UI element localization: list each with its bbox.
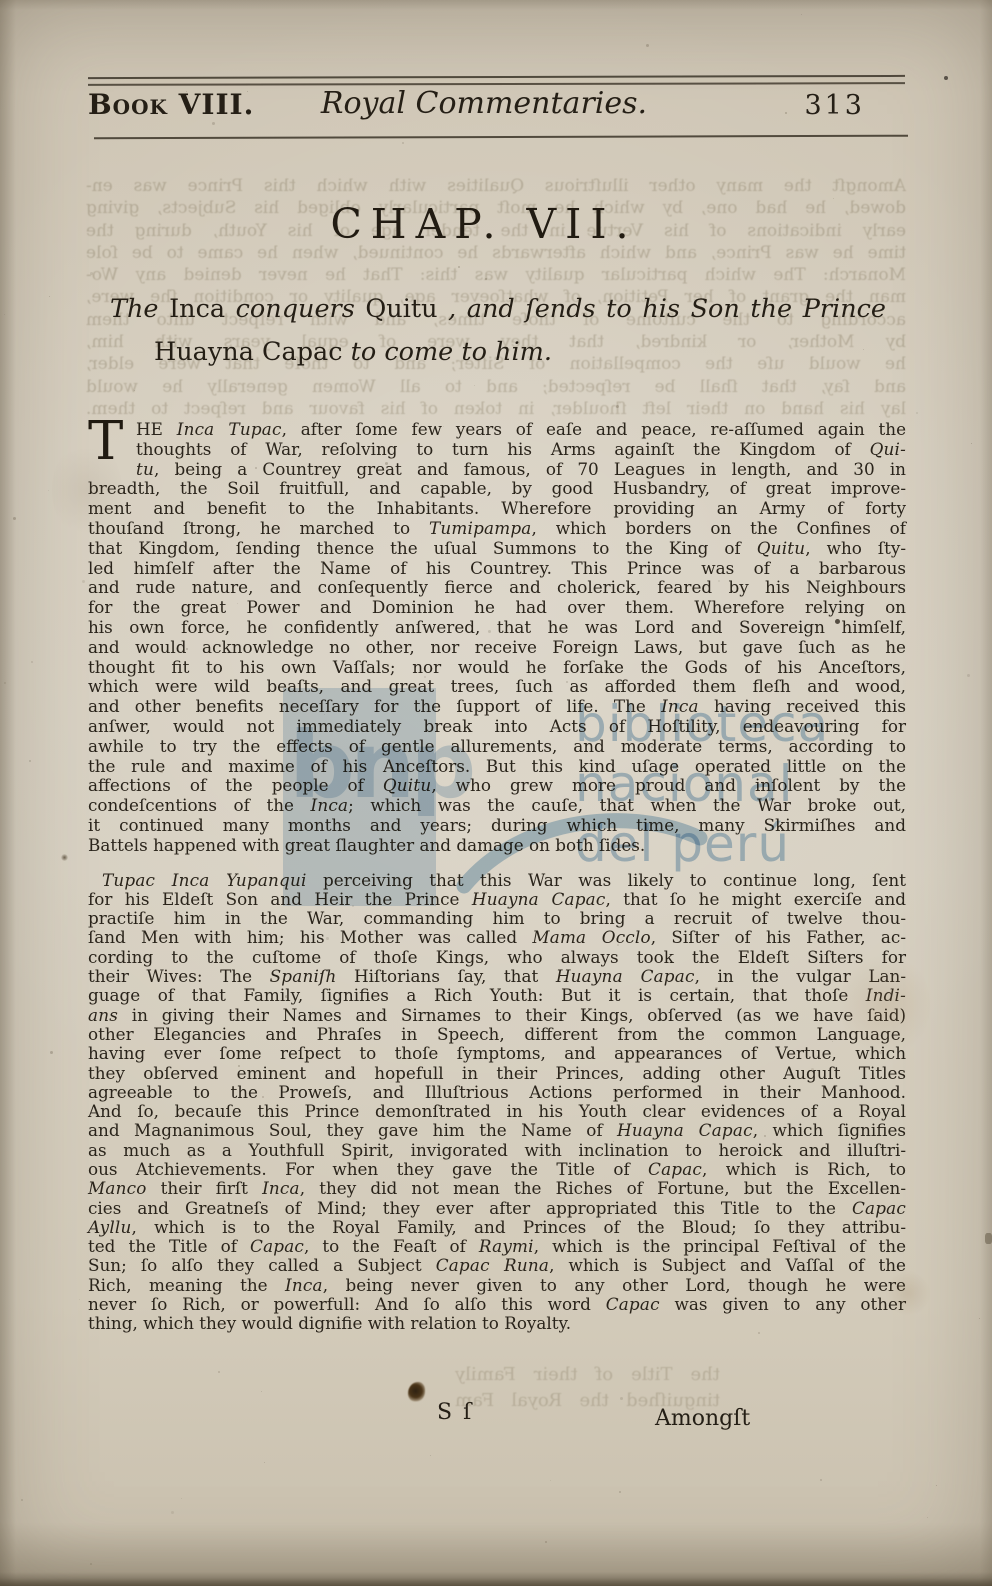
text-line: and ſay, that ſhall be reſpected; and to… <box>86 376 906 398</box>
page-edge-top <box>0 0 992 10</box>
text-line: for his Eldeſt Son and Heir the Prince H… <box>88 890 906 909</box>
text-line: as much as a Youthfull Spirit, invigorat… <box>88 1141 906 1160</box>
ink-blot <box>408 1382 425 1402</box>
chapter-heading: CHAP. VII. <box>88 200 906 248</box>
paragraph-2: Tupac Inca Yupanqui perceiving that this… <box>88 871 906 1334</box>
text-line: it continued many months and years; duri… <box>88 816 906 836</box>
text-line: Amongſt the many other illuſtrious Quali… <box>86 175 906 197</box>
header-rule-top-2 <box>88 82 905 85</box>
book-page: Amongſt the many other illuſtrious Quali… <box>0 0 992 1586</box>
paragraph-1: THE Inca Tupac, after ſome few years of … <box>88 420 906 856</box>
page-number: 313 <box>804 90 865 121</box>
bleedthrough-bottom: the Title of their Familytinguiſhed the … <box>455 1362 720 1414</box>
text-line: other Elegancies and Phraſes in Speech, … <box>88 1025 906 1044</box>
text-line: and would acknowledge no other, nor rece… <box>88 638 906 658</box>
text-line: And ſo, becauſe this Prince demonſtrated… <box>88 1102 906 1121</box>
page-edge-left <box>0 0 16 1586</box>
text-line: Manco their firſt Inca, they did not mea… <box>88 1179 906 1198</box>
drop-cap: T <box>88 421 128 461</box>
text-line: the rule and maxime of his Anceſtors. Bu… <box>88 757 906 777</box>
text-line: their Wives: The Spaniſh Hiſtorians ſay,… <box>88 967 906 986</box>
text-line: guage of that Family, ſignifies a Rich Y… <box>88 986 906 1005</box>
text-line: Ayllu, which is to the Royal Family, and… <box>88 1218 906 1237</box>
text-line: Tupac Inca Yupanqui perceiving that this… <box>88 871 906 890</box>
text-line: awhile to try the effects of gentle allu… <box>88 737 906 757</box>
text-line: having ever ſome reſpect to thoſe ſympto… <box>88 1044 906 1063</box>
text-line: they obſerved eminent and hopefull in th… <box>88 1064 906 1083</box>
text-line: tu, being a Countrey great and famous, o… <box>88 460 906 480</box>
page-edge-right <box>980 0 992 1586</box>
text-line: the Title of their Family <box>455 1362 720 1388</box>
text-line: and rude nature, and conſequently fierce… <box>88 578 906 598</box>
text-line: led himſelf after the Name of his Countr… <box>88 559 906 579</box>
text-line: practiſe him in the War, commanding him … <box>88 909 906 928</box>
text-line: Battels happened with great ſlaughter an… <box>88 836 906 856</box>
text-line: and Magnanimous Soul, they gave him the … <box>88 1121 906 1140</box>
text-line: cording to the cuſtome of thoſe Kings, w… <box>88 948 906 967</box>
text-line: cies and Greatneſs of Mind; they ever af… <box>88 1199 906 1218</box>
text-line: affections of the people of Quitu, who g… <box>88 776 906 796</box>
text-line: ſand Men with him; his Mother was called… <box>88 928 906 947</box>
text-line: agreeable to the Proweſs, and Illuſtriou… <box>88 1083 906 1102</box>
text-line: breadth, the Soil fruitfull, and capable… <box>88 479 906 499</box>
text-line: Huayna Capac to come to him. <box>110 331 886 374</box>
text-line: thouſand ſtrong, he marched to Tumipampa… <box>88 519 906 539</box>
text-line: Sun; ſo alſo they called a Subject Capac… <box>88 1256 906 1275</box>
text-line: for the great Power and Dominion he had … <box>88 598 906 618</box>
header-rule-top-1 <box>88 75 905 79</box>
text-line: that Kingdom, ſending thence the uſual S… <box>88 539 906 559</box>
text-line: thing, which they would dignifie with re… <box>88 1314 906 1333</box>
text-line: condeſcentions of the Inca; which was th… <box>88 796 906 816</box>
text-line: Rich, meaning the Inca, being never give… <box>88 1276 906 1295</box>
text-line: lay his hand on their left ſhoulder, in … <box>86 398 906 420</box>
text-line: and other benefits neceſſary for the ſup… <box>88 697 906 717</box>
text-line: ment and benefit to the Inhabitants. Whe… <box>88 499 906 519</box>
chapter-subtitle: The Inca conquers Quitu , and ſends to h… <box>110 288 886 374</box>
header-rule-bottom <box>94 135 908 139</box>
body-text: THE Inca Tupac, after ſome few years of … <box>88 420 906 1334</box>
ink-spot <box>944 76 948 80</box>
ink-spot <box>61 854 68 861</box>
text-line: ous Atchievements. For when they gave th… <box>88 1160 906 1179</box>
text-line: which were wild beaſts, and great trees,… <box>88 677 906 697</box>
text-line: Monarch: The which particular quality wa… <box>86 264 906 286</box>
text-line: thought fit to his own Vaſſals; nor woul… <box>88 658 906 678</box>
page-edge-nick <box>985 1233 992 1244</box>
text-line: ans in giving their Names and Sirnames t… <box>88 1006 906 1025</box>
page-edge-bottom <box>0 1572 992 1586</box>
text-line: never ſo Rich, or powerfull: And ſo alſo… <box>88 1295 906 1314</box>
text-line: THE Inca Tupac, after ſome few years of … <box>88 420 906 440</box>
text-line: tinguiſhed the Royal Fam <box>455 1388 720 1414</box>
text-line: ted the Title of Capac, to the Feaſt of … <box>88 1237 906 1256</box>
text-line: his own force, he confidently anſwered, … <box>88 618 906 638</box>
text-line: anſwer, would not immediately break into… <box>88 717 906 737</box>
text-line: The Inca conquers Quitu , and ſends to h… <box>110 288 886 331</box>
text-line: thoughts of War, reſolving to turn his A… <box>88 440 906 460</box>
